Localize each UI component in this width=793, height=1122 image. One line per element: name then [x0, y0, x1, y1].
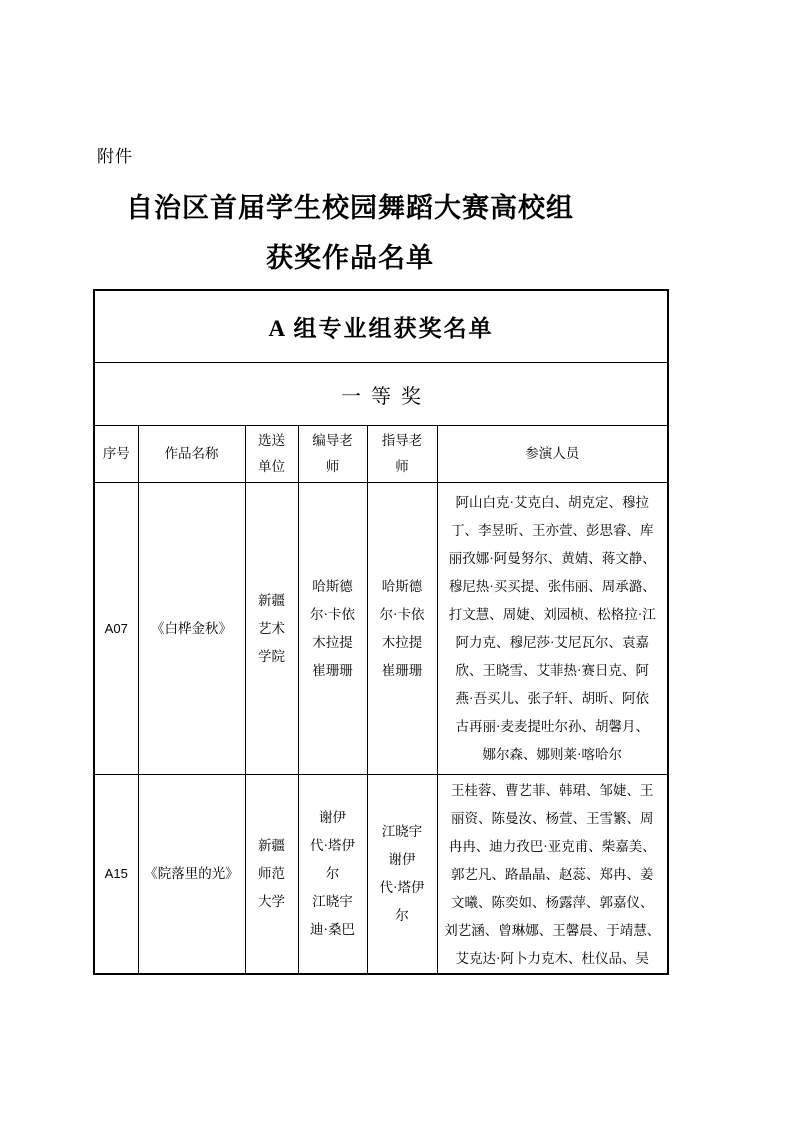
cell-work-title: 《院落里的光》: [138, 775, 245, 975]
document-title-line2: 获奖作品名单: [63, 240, 637, 276]
cell-advisor: 江晓宇 谢伊 代·塔伊 尔: [367, 775, 437, 975]
cell-serial: A15: [94, 775, 138, 975]
column-header-serial: 序号: [94, 426, 138, 483]
column-header-work-title: 作品名称: [138, 426, 245, 483]
award-table: A 组专业组获奖名单 一等奖 序号 作品名称 选送 单位 编导老 师 指导老 师…: [93, 289, 669, 975]
document-page: 附件 自治区首届学生校园舞蹈大赛高校组 获奖作品名单 A 组专业组获奖名单 一等…: [0, 0, 793, 1122]
column-header-advisor: 指导老 师: [367, 426, 437, 483]
cell-performers: 阿山白克·艾克白、胡克定、穆拉 丁、李昱昕、王亦萱、彭思睿、库 丽孜娜·阿曼努尔…: [437, 483, 668, 775]
cell-work-title: 《白桦金秋》: [138, 483, 245, 775]
cell-unit: 新疆 师范 大学: [245, 775, 298, 975]
column-header-performers: 参演人员: [437, 426, 668, 483]
award-level-label: 一等奖: [94, 363, 668, 426]
cell-advisor: 哈斯德 尔·卡依 木拉提 崔珊珊: [367, 483, 437, 775]
group-header-row: A 组专业组获奖名单: [94, 290, 668, 363]
group-header: A 组专业组获奖名单: [94, 290, 668, 363]
cell-choreographer: 哈斯德 尔·卡依 木拉提 崔珊珊: [298, 483, 367, 775]
table-row-a07: A07 《白桦金秋》 新疆 艺术 学院 哈斯德 尔·卡依 木拉提 崔珊珊 哈斯德…: [94, 483, 668, 775]
column-header-unit: 选送 单位: [245, 426, 298, 483]
document-title-line1: 自治区首届学生校园舞蹈大赛高校组: [63, 190, 637, 226]
column-header-choreographer: 编导老 师: [298, 426, 367, 483]
cell-performers: 王桂蓉、曹艺菲、韩珺、邹婕、王 丽资、陈曼汝、杨萱、王雪繁、周 冉冉、迪力孜巴·…: [437, 775, 668, 975]
table-row-a15: A15 《院落里的光》 新疆 师范 大学 谢伊 代·塔伊 尔 江晓宇 迪·桑巴 …: [94, 775, 668, 975]
cell-choreographer: 谢伊 代·塔伊 尔 江晓宇 迪·桑巴: [298, 775, 367, 975]
cell-unit: 新疆 艺术 学院: [245, 483, 298, 775]
column-header-row: 序号 作品名称 选送 单位 编导老 师 指导老 师 参演人员: [94, 426, 668, 483]
cell-serial: A07: [94, 483, 138, 775]
attachment-label: 附件: [97, 142, 133, 167]
award-level-row: 一等奖: [94, 363, 668, 426]
